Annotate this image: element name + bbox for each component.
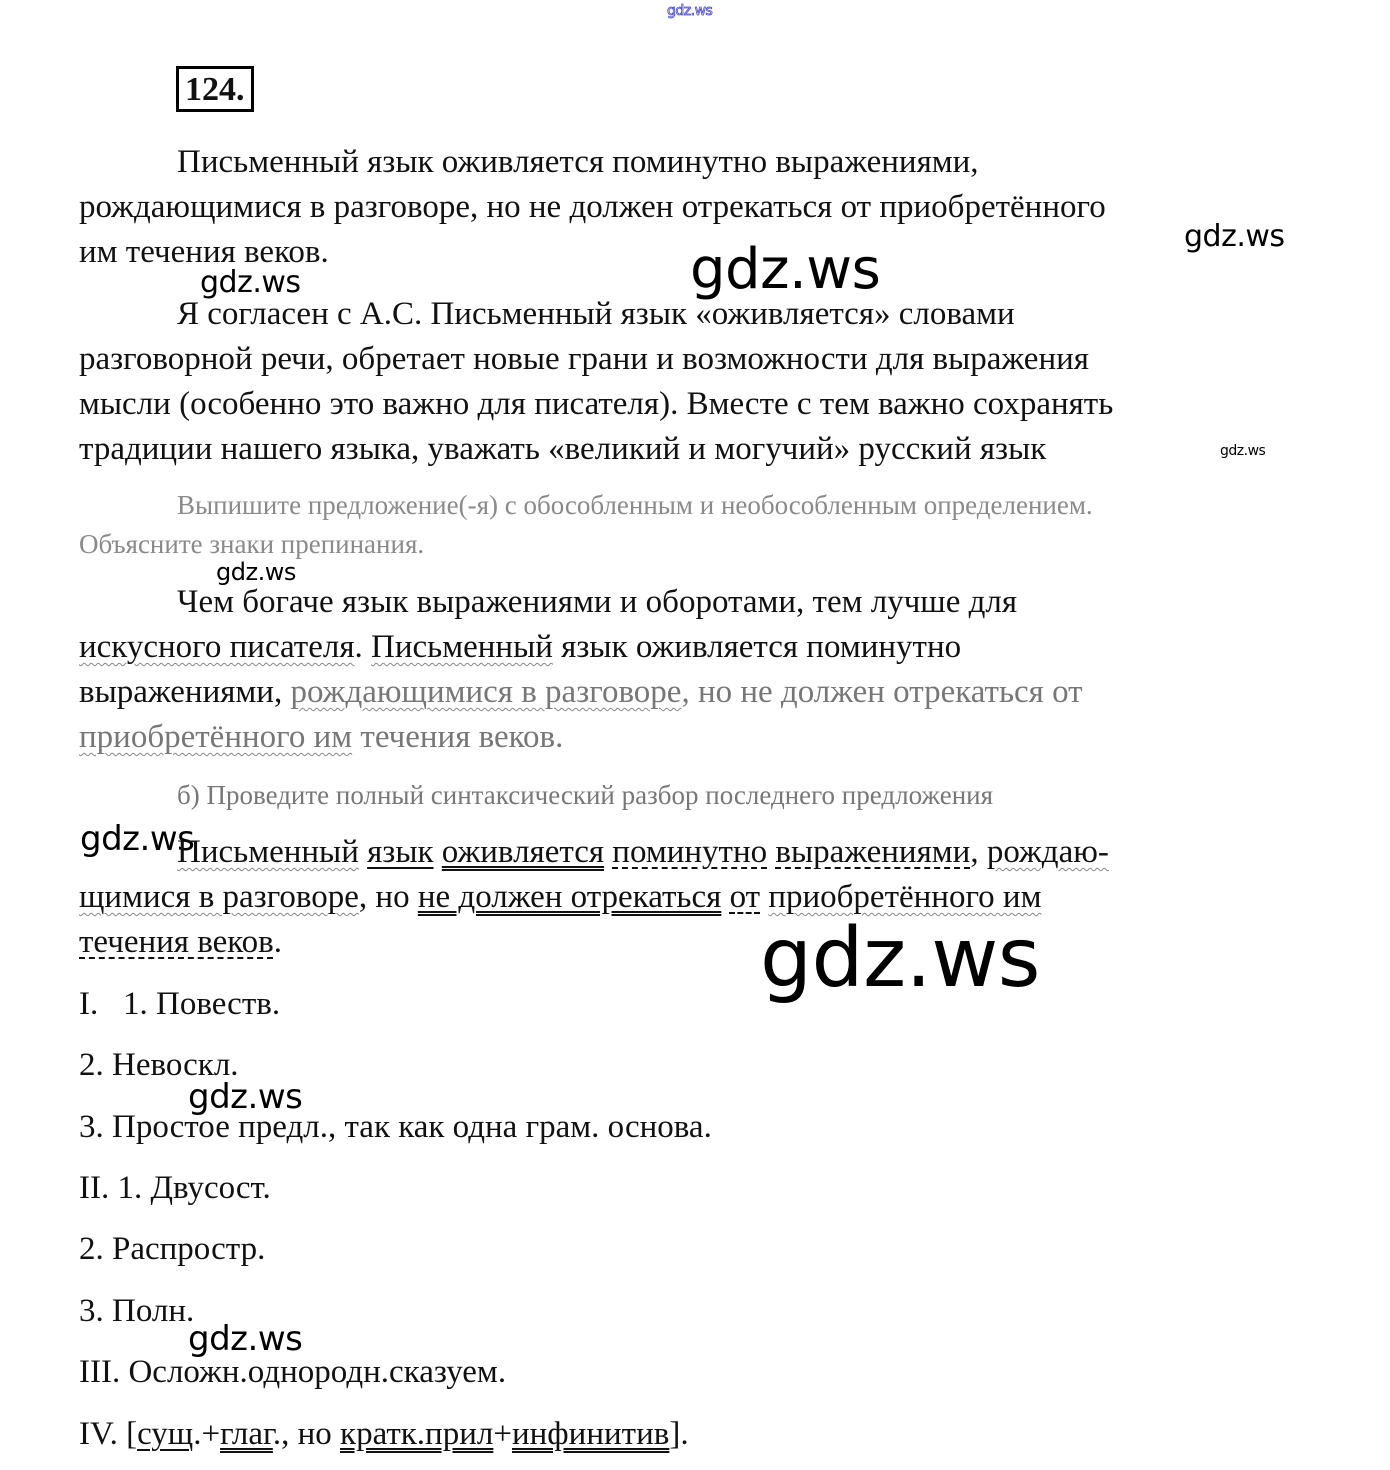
outline-item: 2. Распростр. bbox=[79, 1229, 265, 1269]
quote-line: рождающимися в разговоре, но не должен о… bbox=[79, 185, 1319, 230]
watermark: gdz.ws bbox=[188, 1322, 302, 1356]
text: выражениями, bbox=[79, 674, 290, 710]
participial-phrase: приобретённого им bbox=[768, 879, 1041, 915]
outline-item: 3. Полн. bbox=[79, 1291, 194, 1331]
text: язык оживляется поминутно bbox=[553, 629, 961, 665]
participial-phrase: щимися в разговоре bbox=[79, 879, 359, 915]
text: ]. bbox=[669, 1416, 688, 1452]
text: , но не должен отрекаться от bbox=[681, 674, 1082, 710]
analysis-line: щимися в разговоре, но не должен отрекат… bbox=[79, 875, 1319, 920]
text: + bbox=[493, 1416, 512, 1452]
answer-line: приобретённого им течения веков. bbox=[79, 715, 1319, 760]
participial-phrase: рождающимися в разговоре bbox=[290, 674, 681, 710]
task-instruction-1: Выпишите предложение(-я) с обособленным … bbox=[79, 486, 1319, 564]
text: ., но bbox=[273, 1416, 340, 1452]
adverbial: поминутно bbox=[612, 834, 767, 870]
subject: язык bbox=[367, 834, 433, 870]
outline-item: II. 1. Двусост. bbox=[79, 1168, 271, 1208]
attribute-word: Письменный bbox=[371, 629, 553, 665]
answer-1: Чем богаче язык выражениями и оборотами,… bbox=[79, 580, 1319, 760]
predicate: не должен отрекаться bbox=[418, 879, 721, 915]
answer-line: выражениями, рождающимися в разговоре, н… bbox=[79, 670, 1319, 715]
analysis-line: Письменный язык оживляется поминутно выр… bbox=[79, 830, 1319, 875]
scheme-subject: сущ bbox=[137, 1416, 193, 1452]
task-line: б) Проведите полный синтаксический разбо… bbox=[79, 776, 1319, 815]
answer-line: Чем богаче язык выражениями и оборотами,… bbox=[79, 580, 1319, 625]
object: выражениями bbox=[775, 834, 970, 870]
task-instruction-2: б) Проведите полный синтаксический разбо… bbox=[79, 776, 1319, 815]
task-line: Выпишите предложение(-я) с обособленным … bbox=[79, 486, 1319, 525]
text: . bbox=[355, 629, 372, 665]
object-preposition: от bbox=[730, 879, 761, 915]
participial-phrase: рождаю- bbox=[987, 834, 1109, 870]
scheme-predicate: глаг bbox=[220, 1416, 273, 1452]
attribute-phrase: искусного писателя bbox=[79, 629, 355, 665]
attribute: Письменный bbox=[177, 834, 359, 870]
analysis-line: течения веков. bbox=[79, 920, 1319, 965]
sentence-scheme: IV. [сущ.+глаг., но кратк.прил+инфинитив… bbox=[79, 1414, 689, 1454]
quote-line: Письменный язык оживляется поминутно выр… bbox=[79, 140, 1319, 185]
opinion-paragraph: Я согласен с А.С. Письменный язык «оживл… bbox=[79, 292, 1319, 472]
text: течения веков. bbox=[352, 719, 563, 755]
opinion-line: Я согласен с А.С. Письменный язык «оживл… bbox=[79, 292, 1319, 337]
scheme-predicate: кратк.прил bbox=[340, 1416, 493, 1452]
quote-paragraph: Письменный язык оживляется поминутно выр… bbox=[79, 140, 1319, 275]
exercise-number: 124. bbox=[176, 66, 254, 112]
opinion-line: разговорной речи, обретает новые грани и… bbox=[79, 337, 1319, 382]
outline-item: 3. Простое предл., так как одна грам. ос… bbox=[79, 1107, 712, 1147]
text: IV. [ bbox=[79, 1416, 137, 1452]
predicate: оживляется bbox=[442, 834, 604, 870]
opinion-line: традиции нашего языка, уважать «великий … bbox=[79, 427, 1319, 472]
analysis-sentence: Письменный язык оживляется поминутно выр… bbox=[79, 830, 1319, 965]
participial-phrase: приобретённого им bbox=[79, 719, 352, 755]
task-line: Объясните знаки препинания. bbox=[79, 525, 1319, 564]
quote-line: им течения веков. bbox=[79, 230, 1319, 275]
opinion-line: мысли (особенно это важно для писателя).… bbox=[79, 382, 1319, 427]
outline-item: 2. Невоскл. bbox=[79, 1045, 239, 1085]
watermark-top: gdz.ws bbox=[667, 4, 712, 18]
outline-item: III. Осложн.однородн.сказуем. bbox=[79, 1352, 506, 1392]
object: течения веков bbox=[79, 924, 274, 960]
scheme-predicate: инфинитив bbox=[512, 1416, 669, 1452]
text: .+ bbox=[193, 1416, 220, 1452]
answer-line: искусного писателя. Письменный язык ожив… bbox=[79, 625, 1319, 670]
outline-item: I. 1. Повеств. bbox=[79, 984, 280, 1024]
